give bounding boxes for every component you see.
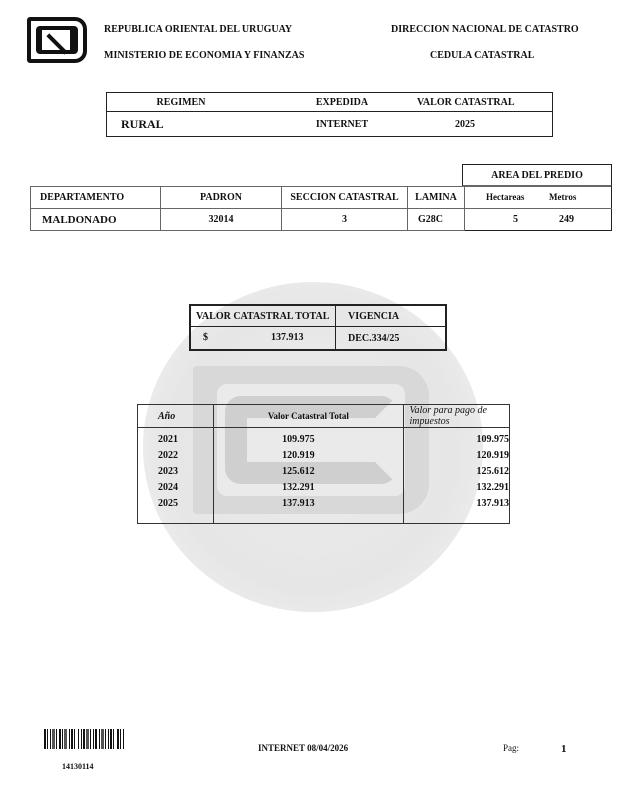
history-tax: 120.919 xyxy=(403,447,510,463)
history-year: 2021 xyxy=(138,428,214,448)
header-departamento: DEPARTAMENTO xyxy=(31,187,161,209)
vigencia-value: DEC.334/25 xyxy=(336,327,447,351)
history-year: 2025 xyxy=(138,495,214,524)
history-total: 109.975 xyxy=(214,428,403,448)
currency-symbol: $ xyxy=(203,332,208,343)
summary-table: REGIMEN EXPEDIDA VALOR CATASTRAL RURAL I… xyxy=(106,92,553,137)
barcode-icon xyxy=(44,729,168,749)
valor-catastral-year: 2025 xyxy=(409,112,553,137)
regimen-value: RURAL xyxy=(107,112,256,137)
history-year: 2024 xyxy=(138,479,214,495)
property-table: DEPARTAMENTO PADRON SECCION CATASTRAL LA… xyxy=(30,186,612,231)
header-regimen: REGIMEN xyxy=(107,93,256,112)
header-valor-catastral-total: Valor Catastral Total xyxy=(214,405,403,428)
valuation-table: VALOR CATASTRAL TOTAL VIGENCIA $ 137.913… xyxy=(189,304,447,351)
history-year: 2023 xyxy=(138,463,214,479)
history-tax: 132.291 xyxy=(403,479,510,495)
catastro-logo-icon xyxy=(27,17,87,63)
header-lamina: LAMINA xyxy=(408,187,465,209)
header-vigencia: VIGENCIA xyxy=(336,305,447,327)
hectareas-value: 5 xyxy=(513,214,518,225)
departamento-value: MALDONADO xyxy=(31,209,161,231)
header-seccion-catastral: SECCION CATASTRAL xyxy=(282,187,408,209)
history-total: 132.291 xyxy=(214,479,403,495)
valor-total-cell: $ 137.913 xyxy=(190,327,336,351)
barcode-number: 14130114 xyxy=(62,762,94,771)
area-subheaders: Hectareas Metros xyxy=(465,187,612,209)
page-number: 1 xyxy=(561,743,567,755)
ministry-title: MINISTERIO DE ECONOMIA Y FINANZAS xyxy=(104,50,304,61)
document-title: CEDULA CATASTRAL xyxy=(430,50,534,61)
issued-date: INTERNET 08/04/2026 xyxy=(258,743,348,753)
area-values: 5 249 xyxy=(465,209,612,231)
history-total: 137.913 xyxy=(214,495,403,524)
history-total: 120.919 xyxy=(214,447,403,463)
history-tax: 137.913 xyxy=(403,495,510,524)
page-label: Pag: xyxy=(503,743,519,753)
history-tax: 109.975 xyxy=(403,428,510,448)
header-metros: Metros xyxy=(549,192,576,202)
history-year: 2022 xyxy=(138,447,214,463)
metros-value: 249 xyxy=(559,214,574,225)
header-valor-impuestos: Valor para pago de impuestos xyxy=(403,405,510,428)
history-total: 125.612 xyxy=(214,463,403,479)
header-anio: Año xyxy=(138,405,214,428)
header-valor-catastral: VALOR CATASTRAL xyxy=(409,93,553,112)
header-valor-total: VALOR CATASTRAL TOTAL xyxy=(190,305,336,327)
history-tax: 125.612 xyxy=(403,463,510,479)
agency-title: DIRECCION NACIONAL DE CATASTRO xyxy=(391,24,579,35)
history-table: Año Valor Catastral Total Valor para pag… xyxy=(137,404,510,524)
padron-value: 32014 xyxy=(161,209,282,231)
lamina-value: G28C xyxy=(408,209,465,231)
header-hectareas: Hectareas xyxy=(486,192,524,202)
header-expedida: EXPEDIDA xyxy=(255,93,409,112)
country-title: REPUBLICA ORIENTAL DEL URUGUAY xyxy=(104,24,292,35)
seccion-value: 3 xyxy=(282,209,408,231)
header-padron: PADRON xyxy=(161,187,282,209)
expedida-value: INTERNET xyxy=(255,112,409,137)
area-del-predio-header: AREA DEL PREDIO xyxy=(462,164,612,186)
valor-total-value: 137.913 xyxy=(271,332,304,343)
